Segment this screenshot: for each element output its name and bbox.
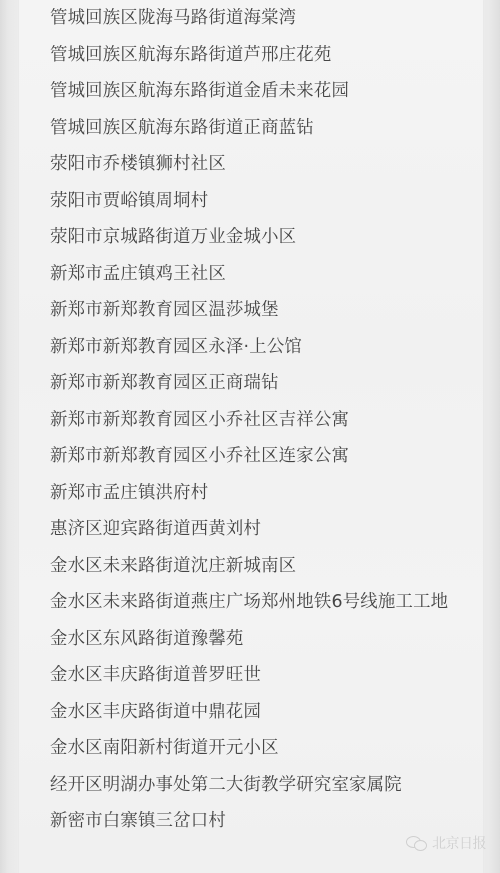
list-item: 金水区南阳新村街道开元小区 (50, 737, 470, 759)
location-list: 管城回族区陇海马路街道海棠湾 管城回族区航海东路街道芦邢庄花苑 管城回族区航海东… (50, 7, 470, 847)
list-item: 金水区未来路街道沈庄新城南区 (50, 555, 470, 577)
list-item: 荥阳市京城路街道万业金城小区 (50, 226, 470, 248)
watermark-text: 北京日报 (432, 833, 486, 853)
list-item: 惠济区迎宾路街道西黄刘村 (50, 518, 470, 540)
list-item: 新密市白寨镇三岔口村 (50, 810, 470, 832)
list-item: 新郑市新郑教育园区温莎城堡 (50, 299, 470, 321)
watermark: 北京日报 (406, 833, 486, 853)
list-item: 新郑市孟庄镇鸡王社区 (50, 263, 470, 285)
list-item: 金水区未来路街道燕庄广场郑州地铁6号线施工工地 (50, 591, 470, 613)
list-item: 管城回族区航海东路街道正商蓝钻 (50, 117, 470, 139)
list-item: 金水区丰庆路街道普罗旺世 (50, 664, 470, 686)
list-item: 新郑市新郑教育园区正商瑞钻 (50, 372, 470, 394)
list-item: 新郑市新郑教育园区小乔社区吉祥公寓 (50, 409, 470, 431)
list-item: 经开区明湖办事处第二大街教学研究室家属院 (50, 774, 470, 796)
list-item: 新郑市新郑教育园区小乔社区连家公寓 (50, 445, 470, 467)
list-item: 新郑市孟庄镇洪府村 (50, 482, 470, 504)
list-item: 管城回族区航海东路街道芦邢庄花苑 (50, 44, 470, 66)
list-item: 管城回族区航海东路街道金盾未来花园 (50, 80, 470, 102)
list-item: 荥阳市乔楼镇狮村社区 (50, 153, 470, 175)
list-item: 管城回族区陇海马路街道海棠湾 (50, 7, 470, 29)
list-item: 金水区丰庆路街道中鼎花园 (50, 701, 470, 723)
list-item: 金水区东风路街道豫馨苑 (50, 628, 470, 650)
list-item: 荥阳市贾峪镇周垌村 (50, 190, 470, 212)
list-item: 新郑市新郑教育园区永泽·上公馆 (50, 336, 470, 358)
wechat-icon (406, 835, 428, 851)
